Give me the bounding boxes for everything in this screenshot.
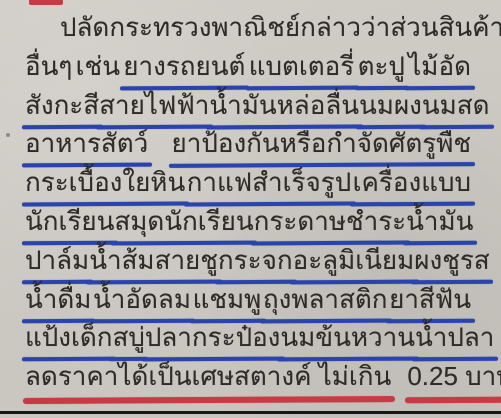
- underlined-word: อะลูมิเนียม: [293, 240, 415, 281]
- underlined-word: ยางรถยนต์: [123, 46, 245, 87]
- underlined-word: 0.25 บาท: [407, 356, 501, 397]
- underlined-word: นมผง: [359, 85, 422, 126]
- bottom-rule: [0, 411, 501, 414]
- text-line: อาหารสัตว์ยาป้องกันหรือกำจัดศัตรูพืช: [25, 123, 471, 162]
- word-segment: เช่น: [76, 46, 120, 87]
- underlined-word: น้ำมัน: [406, 201, 473, 242]
- article-text-block: ปลัดกระทรวงพาณิชย์กล่าวว่าส่วนสินค้าอื่น…: [0, 0, 501, 395]
- underlined-word: กระจก: [218, 240, 293, 281]
- underlined-word: น้ำปลา: [415, 317, 494, 358]
- newspaper-clipping: ปลัดกระทรวงพาณิชย์กล่าวว่าส่วนสินค้าอื่น…: [0, 0, 501, 418]
- underlined-word: ยาสีฟัน: [389, 279, 471, 320]
- underlined-word: สังกะสี: [25, 85, 99, 126]
- underlined-word: อาหารสัตว์: [25, 123, 148, 164]
- underlined-word: กระดาษชำระ: [254, 201, 406, 242]
- underlined-word: กระเบื้องใยหิน: [25, 162, 185, 203]
- text-line: สังกะสีสายไฟฟ้าน้ำมันหล่อลื่นนมผงนมสด: [25, 85, 471, 124]
- underlined-word: กาแฟสำเร็จรูป: [187, 162, 352, 203]
- word-segment: ส่วนสินค้า: [390, 7, 501, 48]
- text-line: อื่นๆเช่นยางรถยนต์แบตเตอรี่ตะปูไม้อัด: [25, 46, 471, 85]
- text-line: แป้งเด็กสบู่ปลากระป๋องนมข้นหวานน้ำปลา: [25, 317, 471, 356]
- underlined-word: แชมพู: [193, 279, 262, 320]
- underlined-word: นมสด: [422, 85, 490, 126]
- underlined-word: สมุดนักเรียน: [114, 201, 253, 242]
- underlined-word: ตะปู: [358, 46, 405, 87]
- underlined-word: ปาล์ม: [25, 240, 89, 281]
- underlined-word: น้ำมันหล่อลื่น: [209, 85, 359, 126]
- text-line: ลดราคาได้เป็นเศษสตางค์ ไม่เกิน0.25 บาท: [25, 356, 471, 395]
- underlined-word: ปลากระป๋อง: [145, 317, 281, 358]
- underlined-word: สบู่: [112, 317, 144, 358]
- underlined-word: น้ำดื่ม: [25, 279, 91, 320]
- underlined-word: ไม้อัด: [408, 46, 471, 87]
- word-segment: ปลัดกระทรวงพาณิชย์กล่าวว่า: [60, 7, 390, 48]
- text-line: ปาล์มน้ำส้มสายชูกระจกอะลูมิเนียมผงชูรส: [25, 240, 471, 279]
- underlined-word: นมข้นหวาน: [280, 317, 415, 358]
- word-segment: อื่นๆ: [25, 46, 72, 87]
- underlined-word: แป้งเด็ก: [25, 317, 112, 358]
- underlined-word: ผงชูรส: [414, 240, 489, 281]
- underlined-word: น้ำอัดลม: [93, 279, 191, 320]
- underlined-word: นักเรียน: [25, 201, 114, 242]
- text-line: นักเรียนสมุดนักเรียนกระดาษชำระน้ำมัน: [25, 201, 471, 240]
- underlined-word: สายไฟฟ้า: [99, 85, 209, 126]
- underlined-word: ถุงพลาสติก: [263, 279, 388, 320]
- underlined-word: ลดราคาได้เป็นเศษสตางค์ ไม่เกิน: [25, 356, 391, 397]
- text-line: น้ำดื่มน้ำอัดลมแชมพูถุงพลาสติกยาสีฟัน: [25, 279, 471, 318]
- text-line: กระเบื้องใยหินกาแฟสำเร็จรูปเครื่องแบบ: [25, 162, 471, 201]
- underlined-word: ยาป้องกันหรือกำจัดศัตรูพืช: [172, 123, 471, 164]
- text-line: ปลัดกระทรวงพาณิชย์กล่าวว่าส่วนสินค้า: [25, 7, 471, 46]
- underlined-word: แบตเตอรี่: [249, 46, 355, 87]
- underlined-word: เครื่องแบบ: [353, 162, 471, 203]
- underlined-word: น้ำส้มสายชู: [89, 240, 218, 281]
